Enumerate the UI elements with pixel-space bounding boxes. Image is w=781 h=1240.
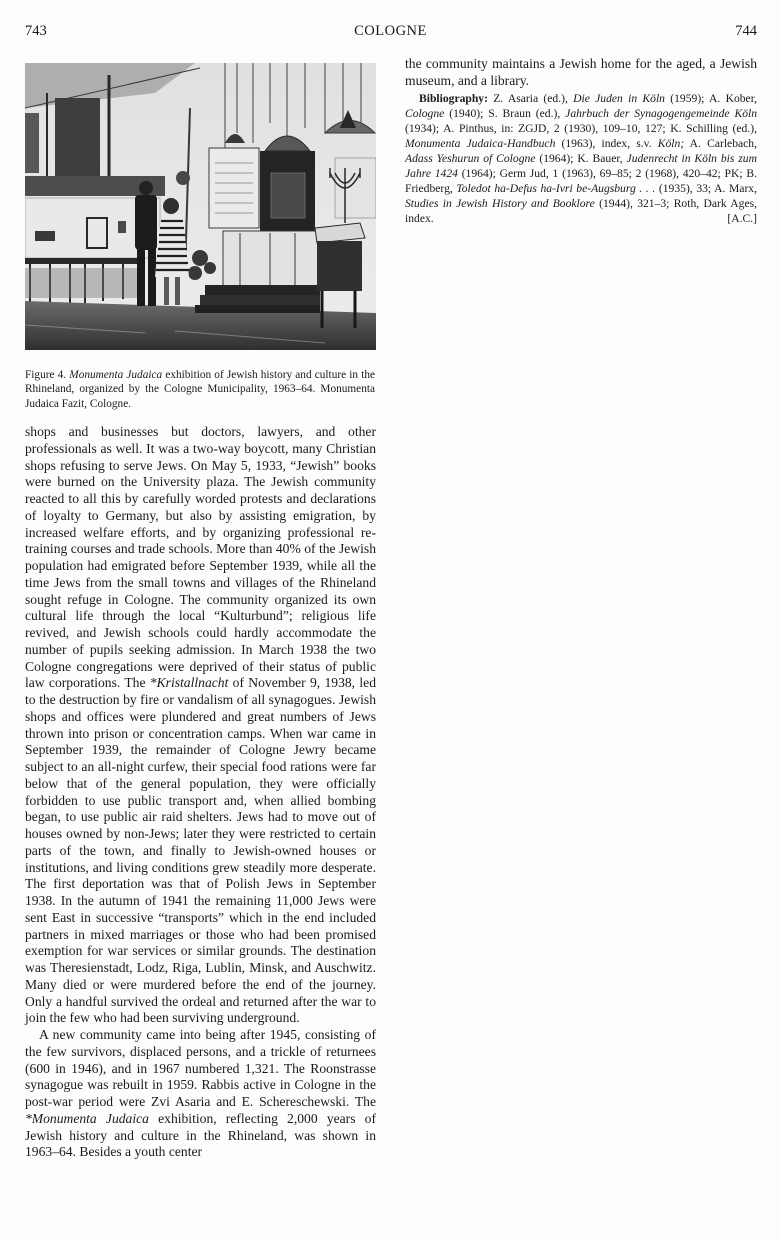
figure-photograph bbox=[25, 63, 376, 350]
text-run: (1940); S. Braun (ed.), bbox=[444, 107, 565, 120]
text-run: (1963), index, s.v. bbox=[555, 137, 657, 150]
paragraph-postwar-community: A new community came into being after 19… bbox=[25, 1027, 376, 1161]
text-run: A new community came into being after 19… bbox=[25, 1027, 376, 1109]
bibliography: Bibliography: Z. Asaria (ed.), Die Juden… bbox=[405, 91, 757, 227]
exhibition-hall-photo bbox=[25, 63, 376, 350]
caption-label: Figure 4. bbox=[25, 369, 66, 381]
text-run: Z. Asaria (ed.), bbox=[488, 92, 573, 105]
work-title: Toledot ha-Defus ha-Ivri be-Augsburg . .… bbox=[456, 182, 655, 195]
text-run: (1935), 33; A. Marx, bbox=[655, 182, 757, 195]
work-title: Monumenta Judaica-Handbuch bbox=[405, 137, 555, 150]
left-column: shops and businesses but doctors, lawyer… bbox=[25, 424, 376, 1161]
right-column: the community maintains a Jewish home fo… bbox=[405, 56, 757, 226]
work-title: Die Juden in Köln bbox=[573, 92, 665, 105]
work-title: Köln; bbox=[658, 137, 684, 150]
work-title: Cologne bbox=[405, 107, 444, 120]
text-run: (1934); A. Pinthus, in: ZGJD, 2 (1930), … bbox=[405, 122, 757, 135]
text-run: (1959); A. Kober, bbox=[665, 92, 757, 105]
text-run: A. Carlebach, bbox=[684, 137, 757, 150]
bibliography-label: Bibliography: bbox=[419, 92, 488, 105]
work-title: Adass Yeshurun of Cologne bbox=[405, 152, 535, 165]
cross-reference-kristallnacht[interactable]: *Kristallnacht bbox=[150, 675, 229, 690]
page-number-right: 744 bbox=[735, 23, 757, 40]
text-run: of November 9, 1938, led to the destruct… bbox=[25, 675, 376, 1025]
work-title: Studies in Jewish History and Booklore bbox=[405, 197, 595, 210]
work-title: Jahrbuch der Synagogengemeinde Köln bbox=[565, 107, 757, 120]
paragraph-persecution: shops and businesses but doctors, lawyer… bbox=[25, 424, 376, 1027]
paragraph-continuation: the community maintains a Jewish home fo… bbox=[405, 56, 757, 90]
cross-reference-monumenta-judaica[interactable]: *Monumenta Judaica bbox=[25, 1111, 149, 1126]
text-run: shops and businesses but doctors, lawyer… bbox=[25, 424, 376, 690]
running-title: COLOGNE bbox=[0, 23, 781, 40]
text-run: (1964); K. Bauer, bbox=[535, 152, 626, 165]
figure-caption: Figure 4. Monumenta Judaica exhibition o… bbox=[25, 368, 375, 411]
caption-italic-title: Monumenta Judaica bbox=[69, 369, 162, 381]
author-signature: [A.C.] bbox=[713, 211, 757, 226]
